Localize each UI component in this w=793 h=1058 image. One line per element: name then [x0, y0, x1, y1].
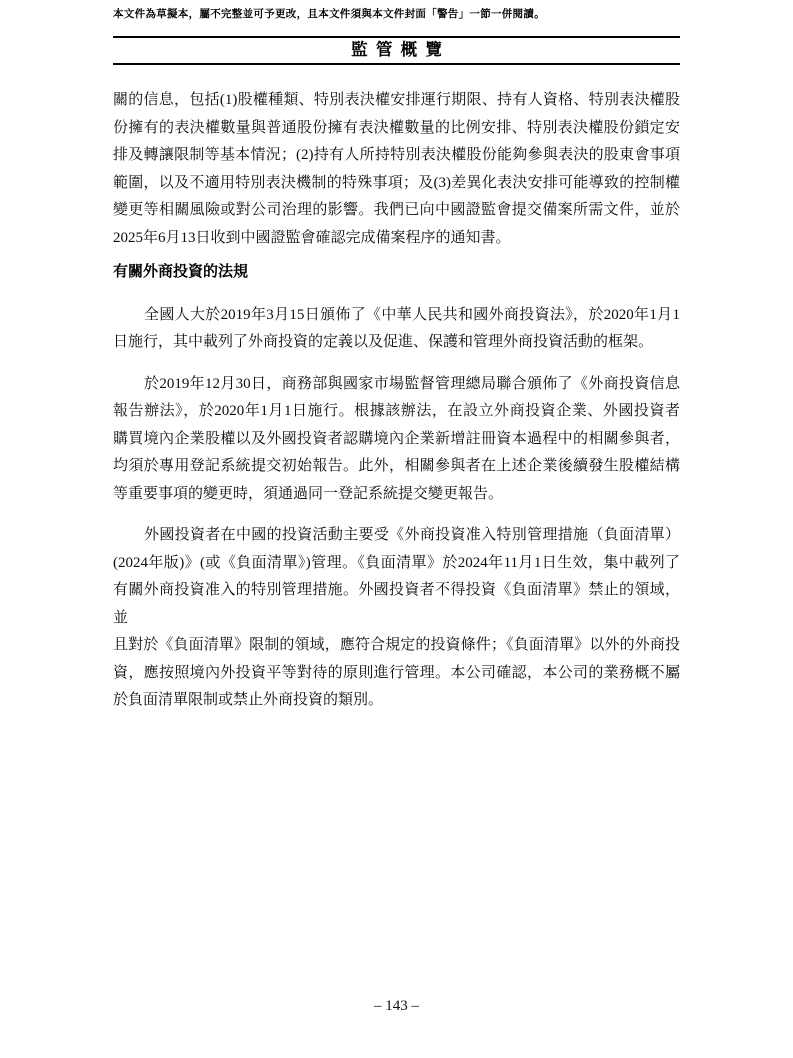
- page-title-text: 監管概覽: [351, 41, 450, 59]
- text-line: 有關外商投資准入的特別管理措施。外國投資者不得投資《負面清單》禁止的領域，並: [113, 577, 680, 632]
- text-line: 變更等相關風險或對公司治理的影響。我們已向中國證監會提交備案所需文件，並於: [113, 197, 680, 225]
- text-line: 範圍，以及不適用特別表決機制的特殊事項；及(3)差異化表決安排可能導致的控制權: [113, 170, 680, 198]
- text-line: 於2019年12月30日，商務部與國家市場監督管理總局聯合頒佈了《外商投資信息: [113, 371, 680, 399]
- text-line: 等重要事項的變更時，須通過同一登記系統提交變更報告。: [113, 481, 680, 509]
- paragraph: 全國人大於2019年3月15日頒佈了《中華人民共和國外商投資法》，於2020年1…: [113, 302, 680, 357]
- text-line: 排及轉讓限制等基本情況；(2)持有人所持特別表決權股份能夠參與表決的股東會事項: [113, 142, 680, 170]
- text-line: 於負面清單限制或禁止外商投資的類別。: [113, 687, 680, 715]
- paragraph: 關的信息，包括(1)股權種類、特別表決權安排運行期限、持有人資格、特別表決權股份…: [113, 87, 680, 252]
- text-line: 日施行，其中載列了外商投資的定義以及促進、保護和管理外商投資活動的框架。: [113, 329, 680, 357]
- text-line: (2024年版)》(或《負面清單》)管理。《負面清單》於2024年11月1日生效…: [113, 550, 680, 578]
- page-title: 監管概覽: [113, 41, 680, 59]
- text-line: 資，應按照境內外投資平等對待的原則進行管理。本公司確認，本公司的業務概不屬: [113, 660, 680, 688]
- text-line: 外國投資者在中國的投資活動主要受《外商投資准入特別管理措施（負面清單）: [113, 522, 680, 550]
- page-number: – 143 –: [0, 997, 793, 1015]
- paragraph: 於2019年12月30日，商務部與國家市場監督管理總局聯合頒佈了《外商投資信息報…: [113, 371, 680, 509]
- text-line: 關的信息，包括(1)股權種類、特別表決權安排運行期限、持有人資格、特別表決權股: [113, 87, 680, 115]
- draft-disclaimer: 本文件為草擬本，屬不完整並可予更改，且本文件須與本文件封面「警告」一節一併閱讀。: [113, 7, 680, 21]
- text-line: 份擁有的表決權數量與普通股份擁有表決權數量的比例安排、特別表決權股份鎖定安: [113, 115, 680, 143]
- text-line: 購買境內企業股權以及外國投資者認購境內企業新增註冊資本過程中的相關參與者，: [113, 426, 680, 454]
- prospectus-page: { "header": { "disclaimer": "本文件為草擬本，屬不完…: [0, 0, 793, 1058]
- text-line: 均須於專用登記系統提交初始報告。此外，相關參與者在上述企業後續發生股權結構: [113, 453, 680, 481]
- title-rule-box: 監管概覽: [113, 36, 680, 65]
- section-heading: 有關外商投資的法規: [113, 258, 680, 286]
- text-line: 2025年6月13日收到中國證監會確認完成備案程序的通知書。: [113, 225, 680, 253]
- document-body: 關的信息，包括(1)股權種類、特別表決權安排運行期限、持有人資格、特別表決權股份…: [113, 87, 680, 715]
- text-line: 全國人大於2019年3月15日頒佈了《中華人民共和國外商投資法》，於2020年1…: [113, 302, 680, 330]
- text-line: 報告辦法》，於2020年1月1日施行。根據該辦法，在設立外商投資企業、外國投資者: [113, 398, 680, 426]
- text-line: 且對於《負面清單》限制的領域，應符合規定的投資條件；《負面清單》以外的外商投: [113, 632, 680, 660]
- paragraph: 外國投資者在中國的投資活動主要受《外商投資准入特別管理措施（負面清單）(2024…: [113, 522, 680, 715]
